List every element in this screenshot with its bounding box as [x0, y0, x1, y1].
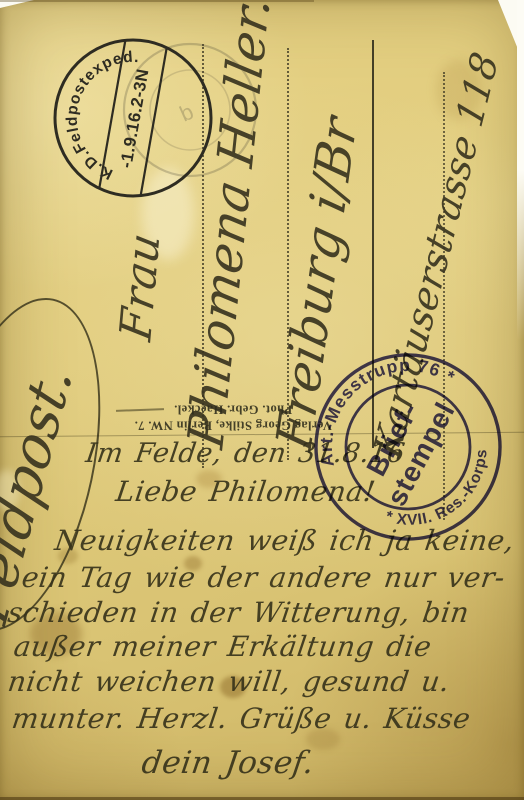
letter-line: munter. Herzl. Grüße u. Küsse: [10, 705, 472, 733]
letter-line: schieden in der Witterung, bin: [6, 599, 471, 627]
brief-stempel-text: Brief- stempel: [352, 382, 461, 511]
ghost-postmark-letter: b: [176, 99, 197, 127]
letter-line: außer meiner Erkältung die: [12, 633, 433, 661]
scan-edge-highlight: [517, 0, 524, 340]
postcard-scan: Frau Philomena Heller. Freiburg i/Br Kar…: [0, 0, 524, 800]
unit-stamp: Art.-Messtrupp 76 * * XVII. Res.-Korps B…: [303, 342, 515, 556]
address-salutation: Frau: [115, 230, 168, 344]
postmark-stamp: b K.D.Feldpostexped. -1.9.16.2-3N: [18, 16, 280, 228]
letter-line: ein Tag wie der andere nur ver-: [20, 564, 507, 592]
letter-line: nicht weichen will, gesund u.: [6, 668, 451, 696]
letter-signature: dein Josef.: [140, 748, 316, 779]
